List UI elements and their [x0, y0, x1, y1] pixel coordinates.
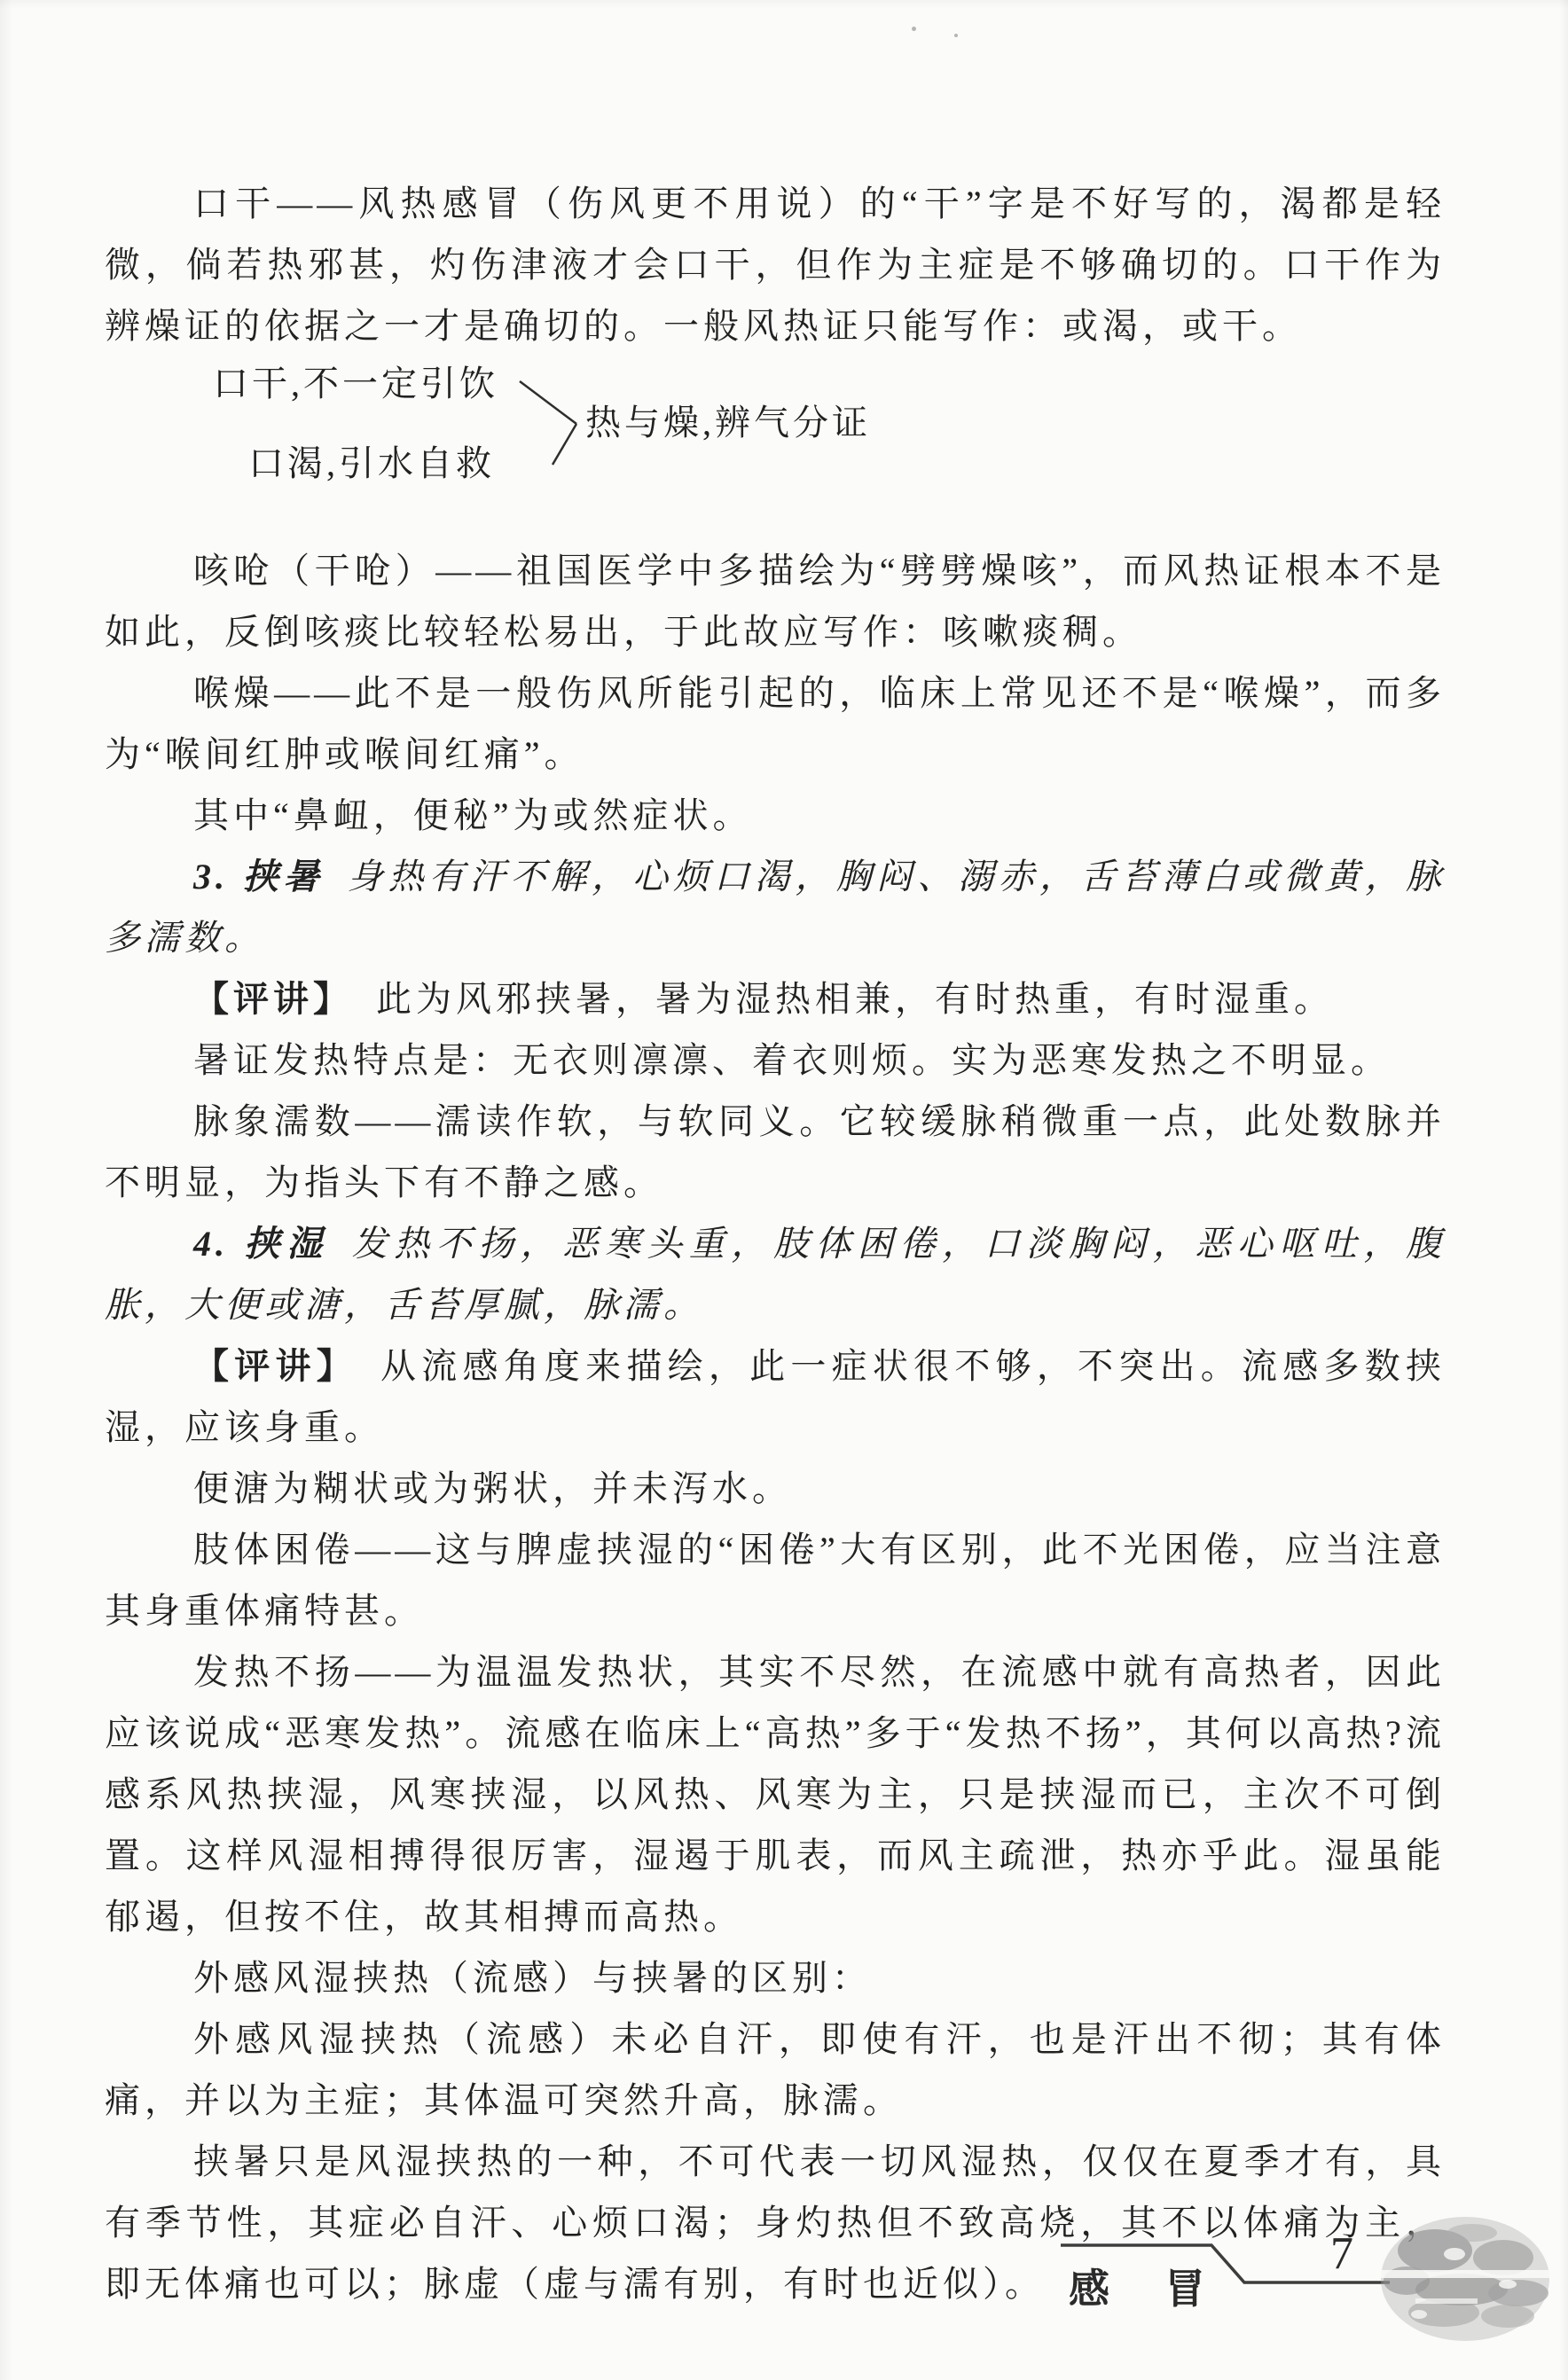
fork-diagram: 口干,不一定引饮 口渴,引水自救 热与燥,辨气分证 [105, 356, 1446, 540]
diagram-result-label: 热与燥,辨气分证 [585, 403, 871, 443]
paragraph-shuzheng: 暑证发热特点是：无衣则凛凛、着衣则烦。实为恶寒发热之不明显。 [105, 1030, 1446, 1091]
diagram-top-label: 口干,不一定引饮 [213, 364, 498, 404]
syndrome-heading: 4. 挟湿 [193, 1224, 329, 1264]
paragraph-kechuang: 咳呛（干呛）——祖国医学中多描绘为“劈劈燥咳”，而风热证根本不是如此，反倒咳痰比… [105, 540, 1446, 662]
paragraph-qubie-heading: 外感风湿挟热（流感）与挟暑的区别： [105, 1947, 1446, 2008]
paragraph-xiashu-symptoms: 3. 挟暑身热有汗不解，心烦口渴，胸闷、溺赤，舌苔薄白或微黄，脉多濡数。 [105, 846, 1446, 968]
body-text: 口干——风热感冒（伤风更不用说）的“干”字是不好写的，渴都是轻微，倘若热邪甚，灼… [105, 173, 1446, 2314]
ink-stamp [1380, 2217, 1554, 2341]
scan-speck [954, 34, 958, 37]
paragraph-fare-buyang: 发热不扬——为温温发热状，其实不尽然，在流感中就有高热者，因此应该说成“恶寒发热… [105, 1641, 1446, 1947]
paragraph-biantang: 便溏为糊状或为粥状，并未泻水。 [105, 1458, 1446, 1519]
paragraph-qizhong: 其中“鼻衄，便秘”为或然症状。 [105, 785, 1446, 846]
paragraph-text: 其中“鼻衄，便秘”为或然症状。 [193, 795, 753, 835]
section-title: 感 冒 [1069, 2257, 1212, 2315]
paragraph-xiashi-symptoms: 4. 挟湿发热不扬，恶寒头重，肢体困倦，口淡胸闷，恶心呕吐，腹胀，大便或溏，舌苔… [105, 1213, 1446, 1335]
scan-speck [912, 27, 916, 31]
paragraph-text: 此为风邪挟暑，暑为湿热相兼，有时热重，有时湿重。 [376, 979, 1334, 1019]
paragraph-text: 喉燥——此不是一般伤风所能引起的，临床上常见还不是“喉燥”，而多为“喉间红肿或喉… [105, 673, 1446, 774]
paragraph-text: 便溏为糊状或为粥状，并未泻水。 [193, 1468, 792, 1508]
commentary-label: 【评讲】 [193, 1346, 357, 1386]
paragraph-text: 口干——风热感冒（伤风更不用说）的“干”字是不好写的，渴都是轻微，倘若热邪甚，灼… [105, 184, 1446, 346]
paragraph-houzao: 喉燥——此不是一般伤风所能引起的，临床上常见还不是“喉燥”，而多为“喉间红肿或喉… [105, 662, 1446, 785]
paragraph-text: 外感风湿挟热（流感）未必自汗，即使有汗，也是汗出不彻；其有体痛，并以为主症；其体… [105, 2019, 1446, 2120]
paragraph-kougan: 口干——风热感冒（伤风更不用说）的“干”字是不好写的，渴都是轻微，倘若热邪甚，灼… [105, 173, 1446, 356]
paragraph-maixiang: 脉象濡数——濡读作软，与软同义。它较缓脉稍微重一点，此处数脉并不明显，为指头下有… [105, 1091, 1446, 1213]
book-page: { "content": { "paragraphs": [ { "text":… [0, 0, 1568, 2380]
page-number: 7 [1330, 2227, 1353, 2280]
paragraph-text: 肢体困倦——这与脾虚挟湿的“困倦”大有区别，此不光困倦，应当注意其身重体痛特甚。 [105, 1530, 1446, 1631]
paragraph-text: 暑证发热特点是：无衣则凛凛、着衣则烦。实为恶寒发热之不明显。 [193, 1040, 1391, 1080]
commentary-label: 【评讲】 [193, 979, 353, 1019]
paragraph-text: 咳呛（干呛）——祖国医学中多描绘为“劈劈燥咳”，而风热证根本不是如此，反倒咳痰比… [105, 551, 1446, 652]
paragraph-pingjiang-2: 【评讲】从流感角度来描绘，此一症状很不够，不突出。流感多数挟湿，应该身重。 [105, 1335, 1446, 1458]
paragraph-zhiti-kunjuan: 肢体困倦——这与脾虚挟湿的“困倦”大有区别，此不光困倦，应当注意其身重体痛特甚。 [105, 1519, 1446, 1641]
paragraph-pingjiang-1: 【评讲】此为风邪挟暑，暑为湿热相兼，有时热重，有时湿重。 [105, 968, 1446, 1030]
paragraph-weibizihan: 外感风湿挟热（流感）未必自汗，即使有汗，也是汗出不彻；其有体痛，并以为主症；其体… [105, 2008, 1446, 2131]
syndrome-heading: 3. 挟暑 [193, 857, 325, 896]
paragraph-text: 脉象濡数——濡读作软，与软同义。它较缓脉稍微重一点，此处数脉并不明显，为指头下有… [105, 1101, 1446, 1202]
diagram-bottom-label: 口渴,引水自救 [248, 443, 495, 484]
paragraph-text: 发热不扬——为温温发热状，其实不尽然，在流感中就有高热者，因此应该说成“恶寒发热… [105, 1652, 1446, 1937]
paragraph-text: 外感风湿挟热（流感）与挟暑的区别： [193, 1958, 872, 1998]
